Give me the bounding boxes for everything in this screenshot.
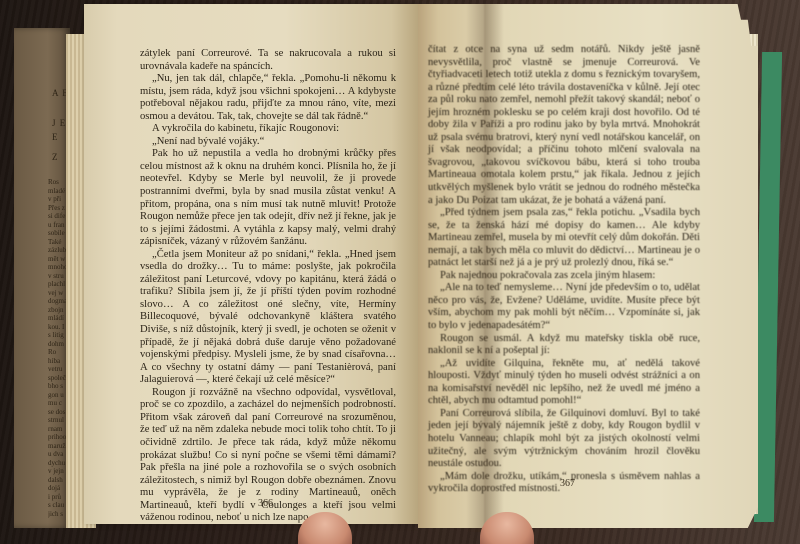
back-book-heading-4: Z	[52, 152, 59, 162]
left-page: zátylek paní Correurové. Ta se nakrucova…	[84, 4, 418, 524]
page-number-left: 366	[258, 498, 273, 509]
page-number-right: 367	[560, 478, 575, 489]
back-book-heading-2: J E	[52, 118, 66, 128]
background-book: A B J E E Z Ros mladé v při Přes z si di…	[14, 28, 70, 528]
paragraph: Pak ho už nepustila a vedla ho drobnými …	[140, 148, 396, 248]
book-cover-edge	[754, 52, 782, 522]
paragraph: A vykročila do kabinetu, říkajíc Rougono…	[140, 123, 396, 136]
paragraph: „Nu, jen tak dál, chlapče,“ řekla. „Pomo…	[140, 73, 396, 123]
left-page-text: zátylek paní Correurové. Ta se nakrucova…	[140, 48, 396, 525]
paragraph: „Četla jsem Moniteur až po snídani,“ řek…	[140, 249, 396, 387]
paragraph: „Není nad bývalé vojáky.“	[140, 136, 396, 149]
paragraph: zátylek paní Correurové. Ta se nakrucova…	[140, 48, 396, 73]
back-book-heading-3: E	[52, 132, 59, 142]
open-book: zátylek paní Correurové. Ta se nakrucova…	[66, 4, 778, 528]
book-gutter	[466, 4, 504, 532]
